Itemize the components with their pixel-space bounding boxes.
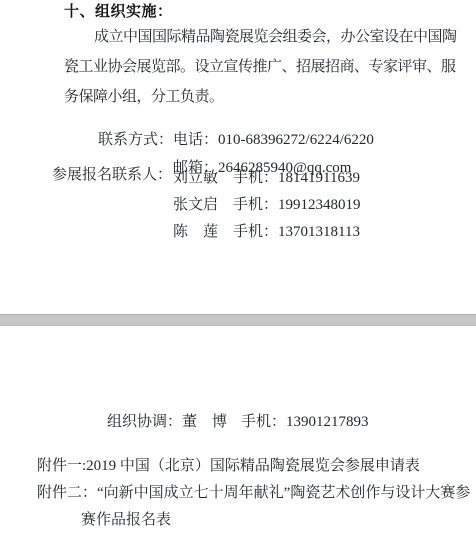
document-page: 十、组织实施： 成立中国国际精品陶瓷展览会组委会，办公室设在中国陶 瓷工业协会展… [0, 0, 476, 543]
person-mobile-number: 18141911639 [278, 170, 360, 186]
section-heading: 十、组织实施： [64, 3, 173, 22]
contact-person-row: 陈 莲 手机：13701318113 [173, 220, 473, 239]
person-mobile: 手机：19912348019 [233, 193, 361, 214]
person-mobile: 手机：13701318113 [233, 220, 360, 241]
person-name: 陈 莲 [173, 220, 218, 241]
paragraph-line-1: 成立中国国际精品陶瓷展览会组委会，办公室设在中国陶 [94, 28, 457, 47]
contact-person-row: 刘立敏 手机：18141911639 [173, 166, 473, 185]
contact-person-row: 张文启 手机：19912348019 [173, 193, 473, 212]
attachment-item-2: 附件二：“向新中国成立七十周年献礼”陶瓷艺术创作与设计大赛参 [37, 484, 470, 503]
coordination-name: 董 博 [182, 414, 227, 430]
attachment-item-2-continued: 赛作品报名表 [81, 511, 171, 530]
person-mobile-number: 13701318113 [278, 224, 360, 240]
page-break-gap [0, 314, 476, 326]
person-mobile-label: 手机： [233, 197, 278, 213]
coordination-label: 组织协调： [107, 414, 182, 430]
paragraph-line-3: 务保障小组，分工负责。 [64, 88, 224, 107]
attachment-item-1: 附件一:2019 中国（北京）国际精品陶瓷展览会参展申请表 [37, 457, 420, 476]
coordination-mobile-number: 13901217893 [286, 414, 369, 430]
person-mobile-label: 手机： [233, 224, 278, 240]
registration-contacts-label: 参展报名联系人： [52, 166, 172, 185]
person-mobile-number: 19912348019 [278, 197, 361, 213]
person-name: 张文启 [173, 193, 218, 214]
person-mobile-label: 手机： [233, 170, 278, 186]
person-name: 刘立敏 [173, 166, 218, 187]
person-mobile: 手机：18141911639 [233, 166, 360, 187]
coordination-line: 组织协调：董 博手机：13901217893 [92, 394, 369, 451]
paragraph-line-2: 瓷工业协会展览部。设立宣传推广、招展招商、专家评审、服 [64, 58, 456, 77]
coordination-mobile-label: 手机： [241, 414, 286, 430]
